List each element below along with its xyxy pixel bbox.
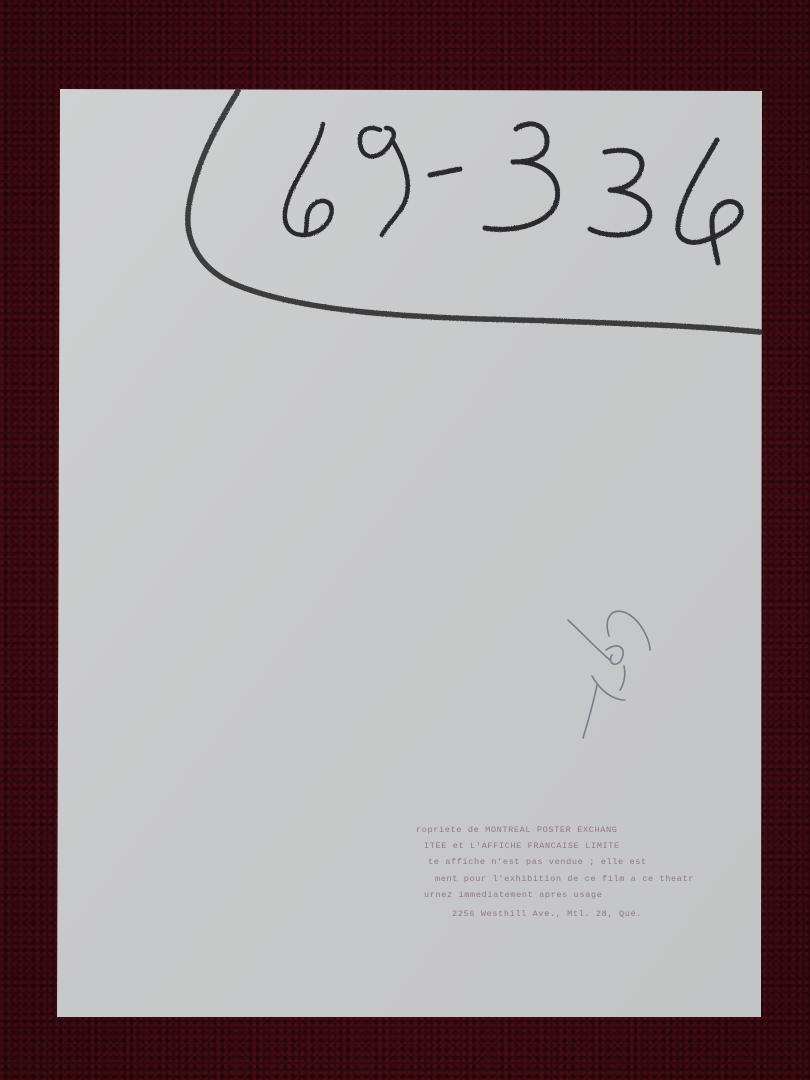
stamp-line-4: ment pour l'exhibition de ce film a ce t…: [435, 871, 670, 887]
distributor-stamp: ropriete de MONTREAL POSTER EXCHANG ITEE…: [410, 822, 670, 922]
stamp-line-5: urnez immediatement apres usage: [424, 887, 670, 903]
stamp-line-2: ITEE et L'AFFICHE FRANCAISE LIMITE: [424, 838, 670, 854]
poster-sheet-graphic: [0, 0, 810, 1080]
stamp-line-3: te affiche n'est pas vendue ; elle est: [428, 854, 670, 870]
poster-back-sheet: ropriete de MONTREAL POSTER EXCHANG ITEE…: [0, 0, 810, 1080]
stamp-line-1: ropriete de MONTREAL POSTER EXCHANG: [416, 822, 670, 838]
stamp-address: 2256 Westhill Ave., Mtl. 28, Qué.: [452, 906, 670, 922]
